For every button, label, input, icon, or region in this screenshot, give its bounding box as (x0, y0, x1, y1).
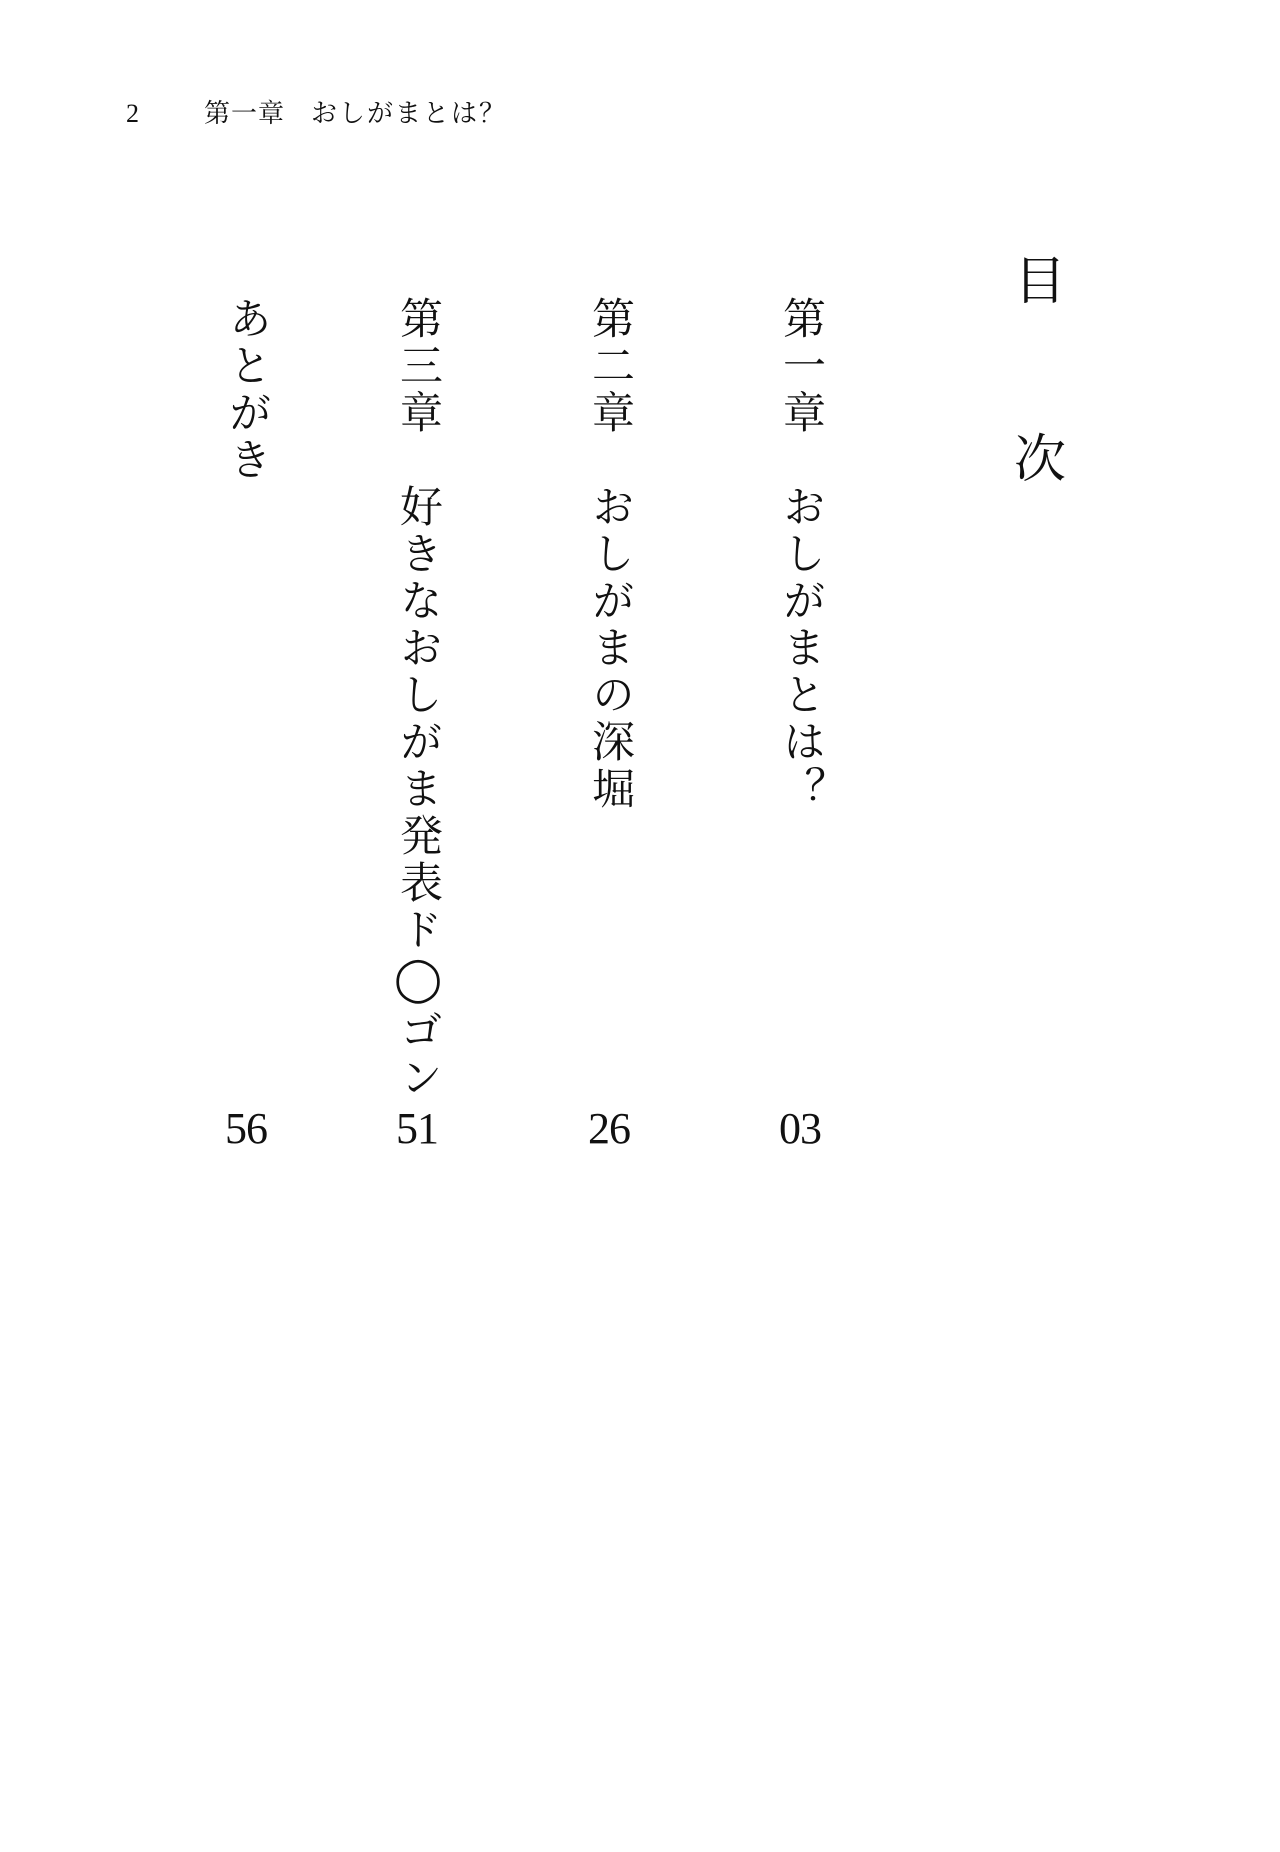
toc-entry-title: おしがまの深堀 (585, 484, 635, 813)
toc-entry-chapter: 第二章 (585, 296, 635, 437)
header-page-number: 2 (126, 98, 204, 130)
toc-page-number-3[interactable]: 51 (387, 1104, 447, 1154)
toc-title-char: 次 (1010, 430, 1070, 490)
toc-title: 目 次 (1010, 252, 1070, 490)
toc-entry-chapter: 第三章 (393, 296, 443, 437)
toc-entry-chapter-1[interactable]: 第一章おしがまとは？ (776, 296, 826, 813)
toc-page-number-2[interactable]: 26 (579, 1104, 639, 1154)
header-chapter: 第一章 (204, 98, 285, 130)
toc-entry-chapter-3[interactable]: 第三章好きなおしがま発表ド◯ゴン (393, 296, 443, 1102)
toc-title-char: 目 (1010, 252, 1070, 312)
toc-entry-afterword[interactable]: あとがき (222, 296, 272, 484)
toc-entry-chapter: 第一章 (776, 296, 826, 437)
header-chapter-title: おしがまとは？ (311, 98, 507, 130)
toc-entry-title: おしがまとは？ (776, 484, 826, 813)
toc-entry-title: あとがき (222, 296, 272, 484)
running-header: 2 第一章 おしがまとは？ (126, 98, 507, 130)
toc-page-number-4[interactable]: 56 (216, 1104, 276, 1154)
toc-page-number-1[interactable]: 03 (770, 1104, 830, 1154)
toc-entry-chapter-2[interactable]: 第二章おしがまの深堀 (585, 296, 635, 813)
toc-entry-title: 好きなおしがま発表ド◯ゴン (393, 484, 443, 1102)
